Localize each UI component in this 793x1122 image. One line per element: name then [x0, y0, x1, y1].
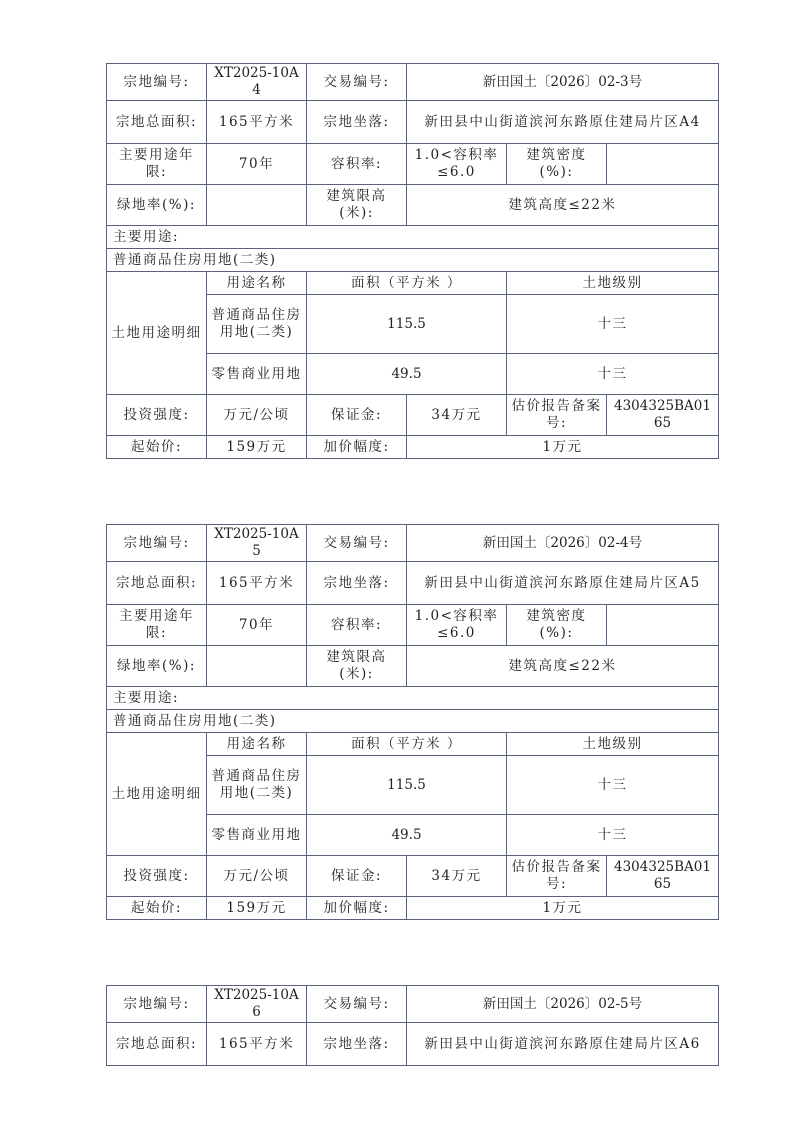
value-main-use: 普通商品住房用地(二类)	[107, 249, 719, 272]
header-area: 面积（平方米 ）	[307, 733, 507, 756]
value-total-area: 165平方米	[207, 1023, 307, 1066]
value-total-area: 165平方米	[207, 101, 307, 144]
value-green	[207, 646, 307, 687]
label-increment: 加价幅度:	[307, 897, 407, 920]
row-term-far: 主要用途年限: 70年 容积率: 1.0<容积率≤6.0 建筑密度(%):	[107, 605, 719, 646]
row-main-use-value: 普通商品住房用地(二类)	[107, 249, 719, 272]
header-use-name: 用途名称	[207, 272, 307, 295]
value-far: 1.0<容积率≤6.0	[407, 144, 507, 185]
value-appraisal: 4304325BA0165	[607, 856, 719, 897]
row-investment: 投资强度: 万元/公顷 保证金: 34万元 估价报告备案号: 4304325BA…	[107, 395, 719, 436]
use-area: 49.5	[307, 354, 507, 395]
label-location: 宗地坐落:	[307, 101, 407, 144]
label-term: 主要用途年限:	[107, 605, 207, 646]
parcel-table-a6: 宗地编号: XT2025-10A6 交易编号: 新田国土〔2026〕02-5号 …	[106, 985, 719, 1066]
value-increment: 1万元	[407, 897, 719, 920]
value-trade-no: 新田国土〔2026〕02-3号	[407, 64, 719, 101]
use-name: 零售商业用地	[207, 354, 307, 395]
row-use-header: 土地用途明细 用途名称 面积（平方米 ） 土地级别	[107, 733, 719, 756]
label-trade-no: 交易编号:	[307, 986, 407, 1023]
row-investment: 投资强度: 万元/公顷 保证金: 34万元 估价报告备案号: 4304325BA…	[107, 856, 719, 897]
label-main-use: 主要用途:	[107, 687, 719, 710]
label-green: 绿地率(%):	[107, 646, 207, 687]
row-parcel-no: 宗地编号: XT2025-10A6 交易编号: 新田国土〔2026〕02-5号	[107, 986, 719, 1023]
use-area: 115.5	[307, 295, 507, 354]
value-investment: 万元/公顷	[207, 395, 307, 436]
label-density: 建筑密度(%):	[507, 144, 607, 185]
header-area: 面积（平方米 ）	[307, 272, 507, 295]
label-green: 绿地率(%):	[107, 185, 207, 226]
row-use-header: 土地用途明细 用途名称 面积（平方米 ） 土地级别	[107, 272, 719, 295]
value-density	[607, 605, 719, 646]
row-area-location: 宗地总面积: 165平方米 宗地坐落: 新田县中山街道滨河东路原住建局片区A4	[107, 101, 719, 144]
use-grade: 十三	[507, 295, 719, 354]
row-green-height: 绿地率(%): 建筑限高(米): 建筑高度≤22米	[107, 185, 719, 226]
value-green	[207, 185, 307, 226]
label-trade-no: 交易编号:	[307, 64, 407, 101]
value-total-area: 165平方米	[207, 562, 307, 605]
use-area: 49.5	[307, 815, 507, 856]
value-trade-no: 新田国土〔2026〕02-5号	[407, 986, 719, 1023]
value-far: 1.0<容积率≤6.0	[407, 605, 507, 646]
label-density: 建筑密度(%):	[507, 605, 607, 646]
header-grade: 土地级别	[507, 733, 719, 756]
row-main-use-label: 主要用途:	[107, 687, 719, 710]
value-parcel-no: XT2025-10A5	[207, 525, 307, 562]
label-term: 主要用途年限:	[107, 144, 207, 185]
label-use-detail: 土地用途明细	[107, 733, 207, 856]
use-name: 普通商品住房用地(二类)	[207, 756, 307, 815]
row-term-far: 主要用途年限: 70年 容积率: 1.0<容积率≤6.0 建筑密度(%):	[107, 144, 719, 185]
label-height-limit: 建筑限高(米):	[307, 185, 407, 226]
label-far: 容积率:	[307, 144, 407, 185]
label-total-area: 宗地总面积:	[107, 101, 207, 144]
row-area-location: 宗地总面积: 165平方米 宗地坐落: 新田县中山街道滨河东路原住建局片区A6	[107, 1023, 719, 1066]
parcel-table-a5: 宗地编号: XT2025-10A5 交易编号: 新田国土〔2026〕02-4号 …	[106, 524, 719, 920]
label-parcel-no: 宗地编号:	[107, 525, 207, 562]
label-appraisal: 估价报告备案号:	[507, 856, 607, 897]
value-start-price: 159万元	[207, 436, 307, 459]
label-deposit: 保证金:	[307, 395, 407, 436]
use-grade: 十三	[507, 815, 719, 856]
label-use-detail: 土地用途明细	[107, 272, 207, 395]
use-grade: 十三	[507, 354, 719, 395]
use-name: 普通商品住房用地(二类)	[207, 295, 307, 354]
label-start-price: 起始价:	[107, 897, 207, 920]
parcel-table-a4: 宗地编号: XT2025-10A4 交易编号: 新田国土〔2026〕02-3号 …	[106, 63, 719, 459]
label-increment: 加价幅度:	[307, 436, 407, 459]
use-name: 零售商业用地	[207, 815, 307, 856]
row-green-height: 绿地率(%): 建筑限高(米): 建筑高度≤22米	[107, 646, 719, 687]
label-location: 宗地坐落:	[307, 562, 407, 605]
label-parcel-no: 宗地编号:	[107, 986, 207, 1023]
value-term: 70年	[207, 605, 307, 646]
header-grade: 土地级别	[507, 272, 719, 295]
label-total-area: 宗地总面积:	[107, 1023, 207, 1066]
value-increment: 1万元	[407, 436, 719, 459]
value-start-price: 159万元	[207, 897, 307, 920]
value-main-use: 普通商品住房用地(二类)	[107, 710, 719, 733]
label-investment: 投资强度:	[107, 856, 207, 897]
header-use-name: 用途名称	[207, 733, 307, 756]
label-main-use: 主要用途:	[107, 226, 719, 249]
label-location: 宗地坐落:	[307, 1023, 407, 1066]
value-trade-no: 新田国土〔2026〕02-4号	[407, 525, 719, 562]
value-height-limit: 建筑高度≤22米	[407, 185, 719, 226]
value-parcel-no: XT2025-10A6	[207, 986, 307, 1023]
value-location: 新田县中山街道滨河东路原住建局片区A6	[407, 1023, 719, 1066]
label-trade-no: 交易编号:	[307, 525, 407, 562]
row-price: 起始价: 159万元 加价幅度: 1万元	[107, 897, 719, 920]
value-location: 新田县中山街道滨河东路原住建局片区A4	[407, 101, 719, 144]
value-deposit: 34万元	[407, 395, 507, 436]
value-parcel-no: XT2025-10A4	[207, 64, 307, 101]
value-appraisal: 4304325BA0165	[607, 395, 719, 436]
row-main-use-label: 主要用途:	[107, 226, 719, 249]
row-main-use-value: 普通商品住房用地(二类)	[107, 710, 719, 733]
row-area-location: 宗地总面积: 165平方米 宗地坐落: 新田县中山街道滨河东路原住建局片区A5	[107, 562, 719, 605]
label-far: 容积率:	[307, 605, 407, 646]
row-parcel-no: 宗地编号: XT2025-10A4 交易编号: 新田国土〔2026〕02-3号	[107, 64, 719, 101]
label-start-price: 起始价:	[107, 436, 207, 459]
value-term: 70年	[207, 144, 307, 185]
row-parcel-no: 宗地编号: XT2025-10A5 交易编号: 新田国土〔2026〕02-4号	[107, 525, 719, 562]
use-grade: 十三	[507, 756, 719, 815]
value-location: 新田县中山街道滨河东路原住建局片区A5	[407, 562, 719, 605]
value-density	[607, 144, 719, 185]
value-deposit: 34万元	[407, 856, 507, 897]
use-area: 115.5	[307, 756, 507, 815]
label-parcel-no: 宗地编号:	[107, 64, 207, 101]
label-investment: 投资强度:	[107, 395, 207, 436]
value-investment: 万元/公顷	[207, 856, 307, 897]
row-price: 起始价: 159万元 加价幅度: 1万元	[107, 436, 719, 459]
label-deposit: 保证金:	[307, 856, 407, 897]
label-total-area: 宗地总面积:	[107, 562, 207, 605]
label-height-limit: 建筑限高(米):	[307, 646, 407, 687]
value-height-limit: 建筑高度≤22米	[407, 646, 719, 687]
label-appraisal: 估价报告备案号:	[507, 395, 607, 436]
